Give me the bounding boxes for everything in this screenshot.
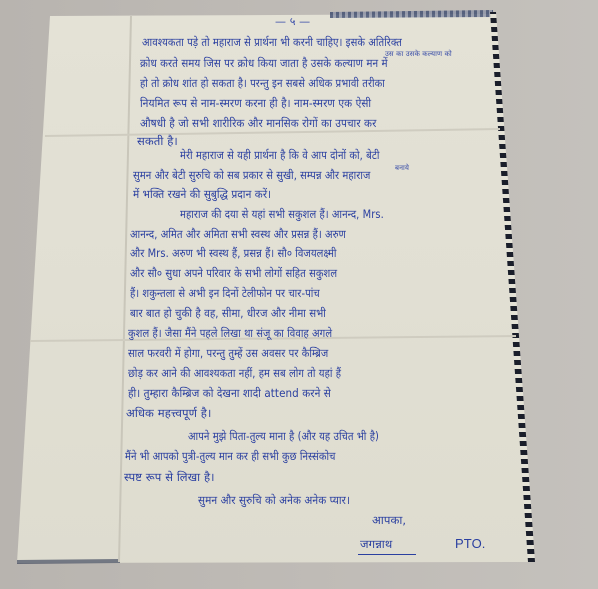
letter-line: में भक्ति रखने की सुबुद्धि प्रदान करें।	[133, 187, 271, 201]
insertion-note: उस का उसके कल्याण को	[385, 47, 452, 61]
letter-line: आपने मुझे पिता-तुल्य माना है (और यह उचित…	[188, 429, 379, 443]
letter-line: आनन्द, अमित और अमिता सभी स्वस्थ और प्रसन…	[130, 227, 346, 241]
insertion-note: बनाये	[395, 161, 409, 175]
letter-line: स्पष्ट रूप से लिखा है।	[124, 470, 215, 484]
closing-greeting: सुमन और सुरुचि को अनेक अनेक प्यार।	[198, 493, 350, 507]
letter-line: ही। तुम्हारा कैम्ब्रिज को देखना शादी att…	[128, 386, 331, 400]
letter-line: मैंने भी आपको पुत्री-तुल्य मान कर ही सभी…	[125, 449, 335, 463]
letter-line: नियमित रूप से नाम-स्मरण करना ही है। नाम-…	[140, 96, 371, 110]
page-number: — ५ —	[275, 15, 310, 29]
closing-valediction: आपका,	[372, 513, 406, 527]
letter-line: महाराज की दया से यहां सभी सकुशल हैं। आनन…	[180, 207, 384, 221]
letter-line: साल फरवरी में होगा, परन्तु तुम्हें उस अव…	[128, 346, 328, 360]
letter-line: और Mrs. अरुण भी स्वस्थ हैं, प्रसन्न हैं।…	[130, 246, 337, 260]
letter-line: आवश्यकता पड़े तो महाराज से प्रार्थना भी …	[142, 35, 402, 49]
letter-line: औषधी है जो सभी शारीरिक और मानसिक रोगों क…	[140, 116, 376, 130]
letter-line: कुशल हैं। जैसा मैंने पहले लिखा था संजू क…	[128, 326, 332, 340]
letter-line: क्रोध करते समय जिस पर क्रोध किया जाता है…	[140, 56, 388, 70]
letter-line: हो तो क्रोध शांत हो सकता है। परन्तु इन स…	[140, 76, 385, 90]
letter-line: मेरी महाराज से यही प्रार्थना है कि वे आप…	[180, 148, 379, 162]
letter-line: और सौ० सुधा अपने परिवार के सभी लोगों सहि…	[130, 266, 337, 280]
letter-line: हैं। शकुन्तला से अभी इन दिनों टेलीफोन पर…	[130, 286, 320, 300]
letter-line: सकती है।	[137, 134, 178, 148]
letter-line: सुमन और बेटी सुरुचि को सब प्रकार से सुखी…	[133, 168, 370, 182]
letter-line: बार बात हो चुकी है वह, सीमा, धीरज और नीम…	[130, 306, 326, 320]
signature-underline	[358, 554, 416, 555]
letter-line: छोड़ कर आने की आवश्यकता नहीं, हम सब लोग …	[128, 366, 341, 380]
pto-note: PTO.	[455, 537, 486, 551]
letter-line: अधिक महत्त्वपूर्ण है।	[126, 406, 211, 420]
signature: जगन्नाथ	[360, 537, 392, 551]
